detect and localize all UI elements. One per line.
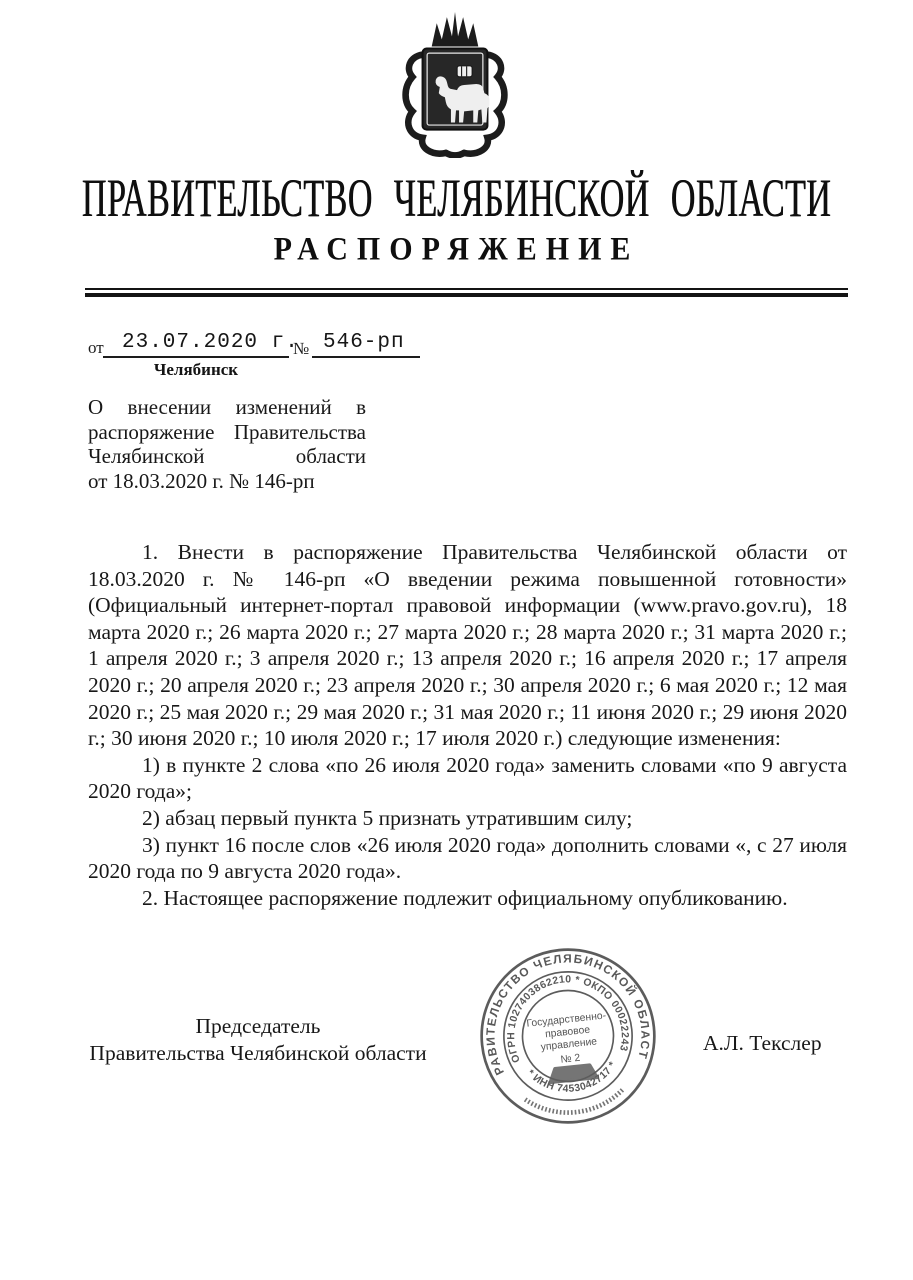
subject-line: О внесении изменений в: [88, 395, 366, 420]
signature-position: Председатель Правительства Челябинской о…: [86, 1013, 430, 1067]
number-sign-label: №: [293, 339, 309, 359]
document-type-title: РАСПОРЯЖЕНИЕ: [0, 231, 913, 268]
signature-position-line2: Правительства Челябинской области: [86, 1040, 430, 1067]
subject-block: О внесении изменений в распоряжение Прав…: [88, 395, 366, 493]
date-underline: [103, 356, 289, 358]
header-rule-thick: [85, 293, 848, 297]
date-value: 23.07.2020 г.: [122, 331, 299, 354]
date-prefix-label: от: [88, 338, 104, 358]
body-paragraph: 1. Внести в распоряжение Правительства Ч…: [88, 539, 847, 752]
header-rule-thin: [85, 288, 848, 290]
org-name-title: ПРАВИТЕЛЬСТВО ЧЕЛЯБИНСКОЙ ОБЛАСТИ: [0, 170, 913, 230]
number-value: 546-рп: [323, 331, 405, 354]
coat-of-arms-icon: [399, 8, 511, 158]
subject-line: от 18.03.2020 г. № 146-рп: [88, 469, 366, 494]
signature-position-line1: Председатель: [86, 1013, 430, 1040]
stamp-ink-smudge: [549, 1064, 598, 1082]
stamp-center-line: № 2: [560, 1053, 581, 1066]
body-paragraph: 2) абзац первый пункта 5 признать утрати…: [88, 805, 847, 832]
body-paragraph: 3) пункт 16 после слов «26 июля 2020 год…: [88, 832, 847, 885]
crown-icon: [432, 12, 479, 46]
number-underline: [312, 356, 420, 358]
body-paragraph: 1) в пункте 2 слова «по 26 июля 2020 год…: [88, 752, 847, 805]
body-paragraph: 2. Настоящее распоряжение подлежит офици…: [88, 885, 847, 912]
signature-name: А.Л. Текслер: [703, 1031, 822, 1056]
scanned-document-page: ПРАВИТЕЛЬСТВО ЧЕЛЯБИНСКОЙ ОБЛАСТИ РАСПОР…: [0, 0, 913, 1280]
official-stamp-seal: ПРАВИТЕЛЬСТВО ЧЕЛЯБИНСКОЙ ОБЛАСТИ ОГРН 1…: [477, 945, 659, 1127]
city-label: Челябинск: [103, 360, 289, 380]
camel-pack: [457, 66, 472, 77]
subject-line: Челябинской области: [88, 444, 366, 469]
subject-line: распоряжение Правительства: [88, 420, 366, 445]
document-body: 1. Внести в распоряжение Правительства Ч…: [88, 539, 847, 911]
